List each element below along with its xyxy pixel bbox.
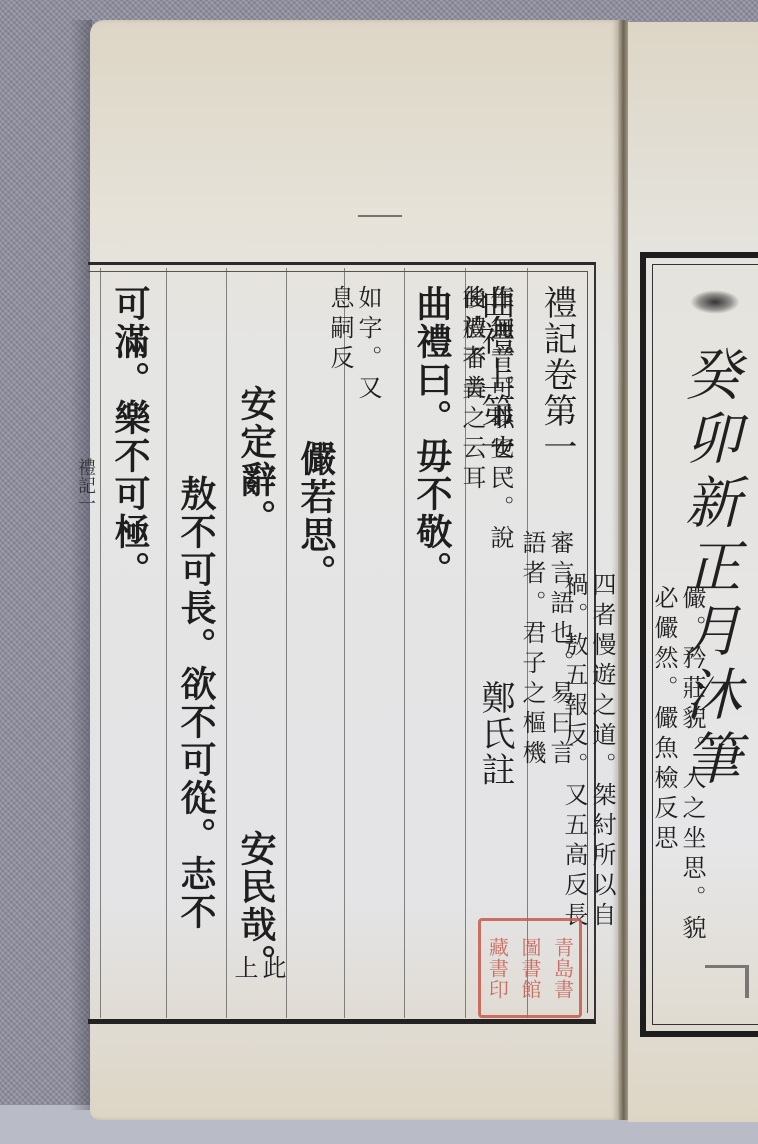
commentary-text: 四者慢遊之道。桀紂所以自: [590, 572, 614, 932]
fold-label: 禮記一: [76, 458, 98, 512]
commentary-text: 上: [232, 955, 256, 985]
commentary-text: 曲禮者美之云耳: [460, 285, 484, 555]
center-mark: [358, 215, 402, 217]
seal-text: 藏書印: [487, 937, 507, 1000]
ink-smudge: [690, 290, 740, 314]
commentary-pair: 三句。可以安民。說 曲禮者美之云耳: [172, 285, 512, 555]
commentary-text: 此: [260, 955, 284, 985]
handwritten-inscription: 癸卯新正月沐筆: [680, 345, 736, 793]
main-text: 可滿。樂不可極。: [112, 285, 148, 589]
commentary-pair: 四者慢遊之道。桀紂所以自 禍。敖五報反。又五高反長: [106, 572, 614, 932]
commentary-pair: 此 上: [232, 955, 284, 985]
commentary-text: 禍。敖五報反。又五高反長: [562, 572, 586, 932]
collector-seal: 青島書 圖書館 藏書印: [478, 918, 582, 1018]
seal-text: 圖書館: [520, 937, 540, 1000]
commentary-text: 三句。可以安民。說: [488, 285, 512, 555]
ink-mark: [705, 965, 749, 998]
seal-text: 青島書: [553, 937, 573, 1000]
column-rule: [100, 268, 101, 1018]
